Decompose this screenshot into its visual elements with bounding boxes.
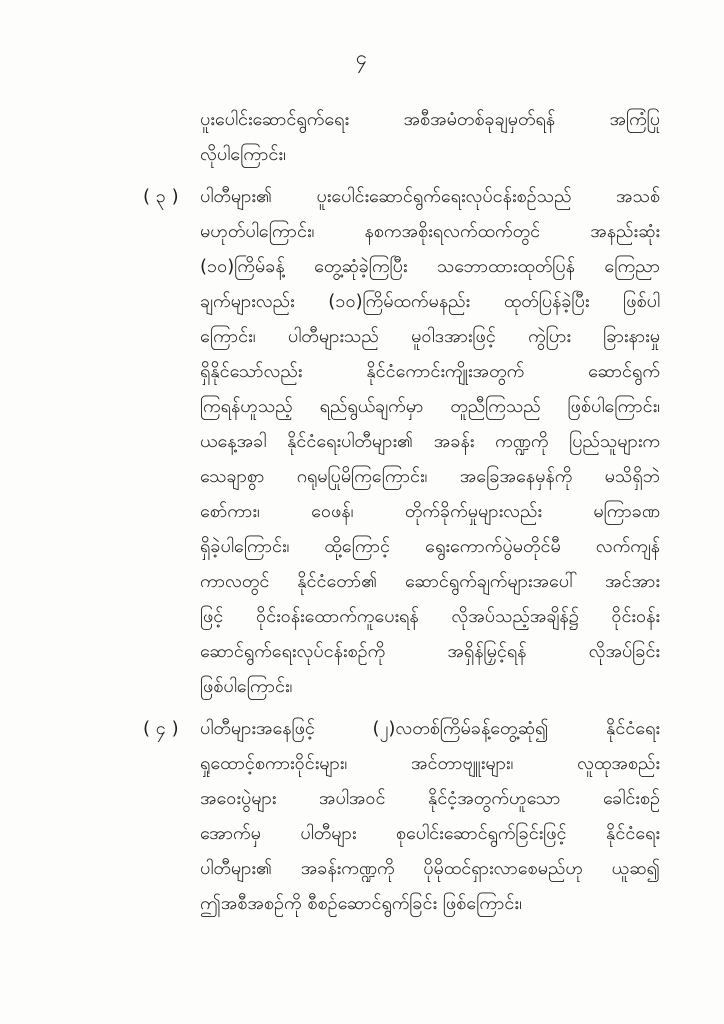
paragraph-body: ပါတီများ၏ ပူးပေါင်းဆောင်ရွက်ရေးလုပ်ငန်းစ… [200,179,660,704]
document-page: ၄ ပူးပေါင်းဆောင်ရွက်ရေး အစီအမံတစ်ခုချမှတ… [0,0,724,1024]
text-line: ရှိနိုင်သော်လည်း နိုင်ငံကောင်းကျိုးအတွက်… [200,354,660,389]
numbered-paragraph: ( ၃ )ပါတီများ၏ ပူးပေါင်းဆောင်ရွက်ရေးလုပ်… [143,179,660,704]
text-line: ပါတီများအနေဖြင့် (၂)လတစ်ကြိမ်ခန့်တွေ့ဆုံ… [200,711,660,746]
text-line: ရှိခဲ့ပါကြောင်း၊ ထို့ကြောင့် ရွေးကောက်ပွ… [200,529,660,564]
text-line: ရှုထောင့်စကားဝိုင်းများ၊ အင်တာဗျူးများ၊ … [200,746,660,781]
text-line: ကြရန်ဟူသည့် ရည်ရွယ်ချက်မှာ တူညီကြသည် ဖြစ… [200,389,660,424]
text-line: အဝေးပွဲများ အပါအဝင် နိုင်ငံ့အတွက်ဟူသော ခ… [200,781,660,816]
continuation-paragraph: ပူးပေါင်းဆောင်ရွက်ရေး အစီအမံတစ်ခုချမှတ်ရ… [200,102,660,172]
text-line: ပူးပေါင်းဆောင်ရွက်ရေး အစီအမံတစ်ခုချမှတ်ရ… [200,102,660,137]
document-content: ပူးပေါင်းဆောင်ရွက်ရေး အစီအမံတစ်ခုချမှတ်ရ… [143,102,660,921]
text-line: လိုပါကြောင်း၊ [200,137,660,172]
text-line: (၁၀)ကြိမ်ခန့် တွေ့ဆုံခဲ့ကြပြီး သဘောထားထု… [200,249,660,284]
text-line: သေချာစွာ ဂရုမပြုမိကြကြောင်း၊ အခြေအနေမှန်… [200,459,660,494]
text-line: ဆောင်ရွက်ရေးလုပ်ငန်းစဉ်ကို အရှိန်မြှင့်ရ… [200,634,660,669]
paragraph-number: ( ၃ ) [143,179,200,214]
text-line: ကြောင်း၊ ပါတီများသည် မူဝါဒအားဖြင့် ကွဲပြ… [200,319,660,354]
text-line: ပါတီများ၏ အခန်းကဏ္ဍကို ပိုမိုထင်ရှားလာစေ… [200,851,660,886]
text-line: မဟုတ်ပါကြောင်း၊ နစကအစိုးရလက်ထက်တွင် အနည်… [200,214,660,249]
text-line: ပါတီများ၏ ပူးပေါင်းဆောင်ရွက်ရေးလုပ်ငန်းစ… [200,179,660,214]
paragraph-number: ( ၄ ) [143,711,200,746]
text-line: ဖြစ်ပါကြောင်း၊ [200,669,660,704]
text-line: စော်ကား၊ ဝေဖန်၊ တိုက်ခိုက်မှုများလည်း မက… [200,494,660,529]
paragraph-list: ( ၃ )ပါတီများ၏ ပူးပေါင်းဆောင်ရွက်ရေးလုပ်… [143,179,660,921]
numbered-paragraph: ( ၄ )ပါတီများအနေဖြင့် (၂)လတစ်ကြိမ်ခန့်တွ… [143,711,660,921]
text-line: ယနေ့အခါ နိုင်ငံရေးပါတီများ၏ အခန်း ကဏ္ဍကိ… [200,424,660,459]
text-line: ဖြင့် ဝိုင်းဝန်းထောက်ကူပေးရန် လိုအပ်သည့်… [200,599,660,634]
text-line: ဤအစီအစဉ်ကို စီစဉ်ဆောင်ရွက်ခြင်း ဖြစ်ကြော… [200,886,660,921]
paragraph-body: ပါတီများအနေဖြင့် (၂)လတစ်ကြိမ်ခန့်တွေ့ဆုံ… [200,711,660,921]
text-line: အောက်မှ ပါတီများ စုပေါင်းဆောင်ရွက်ခြင်းဖ… [200,816,660,851]
text-line: ကာလတွင် နိုင်ငံတော်၏ ဆောင်ရွက်ချက်များအပ… [200,564,660,599]
page-number: ၄ [0,42,724,72]
text-line: ချက်များလည်း (၁၀)ကြိမ်ထက်မနည်း ထုတ်ပြန်ခ… [200,284,660,319]
